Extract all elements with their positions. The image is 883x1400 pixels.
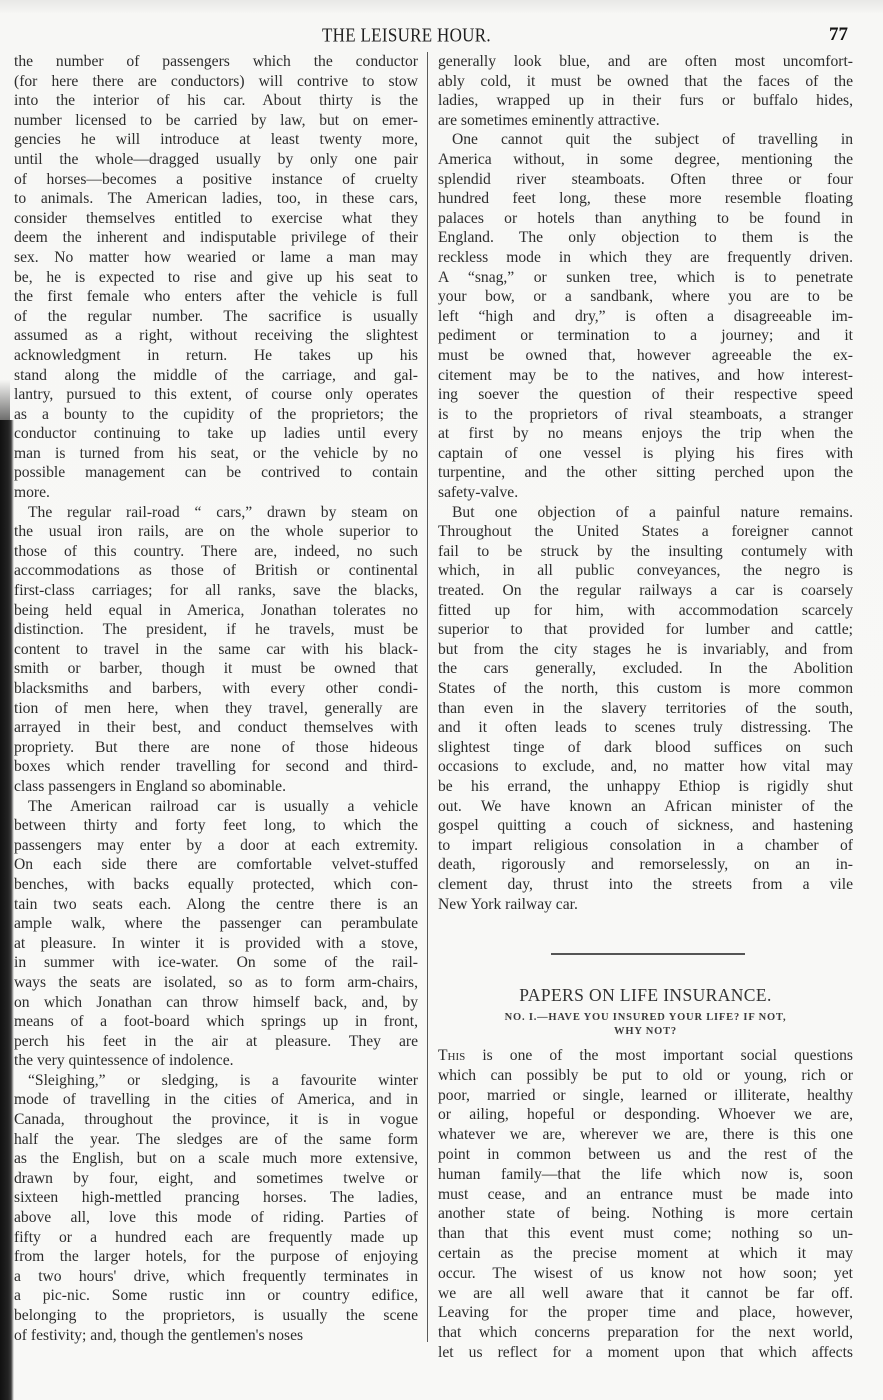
text-line: citement may be to the natives, and how … [438,366,853,386]
text-line: smith or barber, though it must be owned… [14,659,418,679]
text-line: slightest tinge of dark blood suffices o… [438,738,853,758]
text-line: from the larger hotels, for the purpose … [14,1247,418,1267]
article-subtitle-line-1: NO. I.—HAVE YOU INSURED YOUR LIFE? IF NO… [438,1011,853,1025]
text-line: occur. The wisest of us know not how soo… [438,1264,853,1284]
text-line: than that this event must come; nothing … [438,1224,853,1244]
text-line: at first by no means enjoys the trip whe… [438,424,853,444]
text-line: being held equal in America, Jonathan to… [14,601,418,621]
text-line: superior to that provided for lumber and… [438,620,853,640]
text-line: The American railroad car is usually a v… [14,797,418,817]
text-line: reckless mode in which they are frequent… [438,248,853,268]
text-line: On each side there are comfortable velve… [14,855,418,875]
text-line: ladies, wrapped up in their furs or buff… [438,91,853,111]
text-line: that which concerns preparation for the … [438,1323,853,1343]
text-line: and it often leads to scenes truly distr… [438,718,853,738]
text-line: passengers may enter by a door at each e… [14,836,418,856]
text-fragment: is one of the most important social ques… [465,1047,853,1064]
text-line: as the English, but on a scale much more… [14,1149,418,1169]
text-line: deem the inherent and indisputable privi… [14,228,418,248]
text-line: which, in all public conveyances, the ne… [438,561,853,581]
text-line: generally look blue, and are often most … [438,52,853,72]
text-line: in summer with ice-water. On some of the… [14,953,418,973]
text-line: means of a foot-board which springs up i… [14,1012,418,1032]
text-line: first-class carriages; for all ranks, sa… [14,581,418,601]
text-line: belonging to the proprietors, is usually… [14,1306,418,1326]
text-line: palaces or hotels than anything to be fo… [438,209,853,229]
text-line: fail to be struck by the insulting contu… [438,542,853,562]
text-line: a pic-nic. Some rustic inn or country ed… [14,1286,418,1306]
text-line: we are all well aware that it cannot be … [438,1284,853,1304]
text-line: boxes which render travelling for second… [14,757,418,777]
text-line: ably cold, it must be owned that the fac… [438,72,853,92]
text-line: but from the city stages he is invariabl… [438,640,853,660]
article-title: PAPERS ON LIFE INSURANCE. [438,985,853,1006]
text-line: mode of travelling in the cities of Amer… [14,1090,418,1110]
text-line: sixteen high-mettled prancing horses. Th… [14,1188,418,1208]
text-line: until the whole—dragged usually by only … [14,150,418,170]
text-line: splendid river steamboats. Often three o… [438,170,853,190]
text-line: as a bounty to the cupidity of the propr… [14,405,418,425]
article-subtitle: NO. I.—HAVE YOU INSURED YOUR LIFE? IF NO… [438,1011,853,1039]
text-line: human family—that the life which now is,… [438,1165,853,1185]
text-line: is to the proprietors of rival steamboat… [438,405,853,425]
text-line: captain of one vessel is plying his fire… [438,444,853,464]
text-line: Leaving for the proper time and place, h… [438,1303,853,1323]
text-line: number licensed to be carried by law, bu… [14,111,418,131]
column-divider [427,52,428,1342]
text-line: of festivity; and, though the gentlemen'… [14,1326,418,1346]
text-line: acknowledgment in return. He takes up hi… [14,346,418,366]
text-line: be his errand, the unhappy Ethiop is rig… [438,777,853,797]
text-line: must cease, and an entrance must be made… [438,1185,853,1205]
text-line: accommodations as those of British or co… [14,561,418,581]
text-line: (for here there are conductors) will con… [14,72,418,92]
text-line: the cars generally, excluded. In the Abo… [438,659,853,679]
text-line: distinction. The president, if he travel… [14,620,418,640]
text-line: of the regular number. The sacrifice is … [14,307,418,327]
text-line: left “high and dry,” is often a disagree… [438,307,853,327]
text-line: poor, married or single, learned or illi… [438,1086,853,1106]
text-line: point in common between us and the rest … [438,1145,853,1165]
page-number: 77 [829,24,848,46]
text-line: One cannot quit the subject of travellin… [438,130,853,150]
text-line: treated. On the regular railways a car i… [438,581,853,601]
right-column: generally look blue, and are often most … [438,52,853,914]
publication-title: THE LEISURE HOUR. [322,24,491,47]
text-line: arrayed in their best, and conduct thems… [14,718,418,738]
text-line: turpentine, and the other sitting perche… [438,463,853,483]
text-line: gospel quitting a couch of sickness, and… [438,816,853,836]
text-line: Throughout the United States a foreigner… [438,522,853,542]
left-column: the number of passengers which the condu… [14,52,418,1345]
text-line: above all, love this mode of riding. Par… [14,1208,418,1228]
text-line: be, he is expected to rise and give up h… [14,268,418,288]
text-line: content to travel in the same car with h… [14,640,418,660]
text-line: drawn by four, eight, and sometimes twel… [14,1169,418,1189]
text-line: another state of being. Nothing is more … [438,1204,853,1224]
text-line: New York railway car. [438,895,853,915]
text-line: lantry, pursued to this extent, of cours… [14,385,418,405]
text-line: gencies he will introduce at least twent… [14,130,418,150]
text-line: or ailing, hopeful or desponding. Whoeve… [438,1105,853,1125]
text-line: clement day, thrust into the streets fro… [438,875,853,895]
text-line: must be owned that, however agreeable th… [438,346,853,366]
text-line: half the year. The sledges are of the sa… [14,1130,418,1150]
text-line: to animals. The American ladies, too, in… [14,189,418,209]
text-line: Canada, throughout the province, it is i… [14,1110,418,1130]
text-line: a two hours' drive, which frequently ter… [14,1267,418,1287]
text-line: assumed as a right, without receiving th… [14,326,418,346]
section-separator-rule [551,953,745,955]
text-line: into the interior of his car. About thir… [14,91,418,111]
text-line: which can possibly be put to old or youn… [438,1066,853,1086]
text-line: ample walk, where the passenger can pera… [14,914,418,934]
text-line: pediment or termination to a journey; an… [438,326,853,346]
text-line: safety-valve. [438,483,853,503]
text-line: sex. No matter how wearied or lame a man… [14,248,418,268]
text-line: America without, in some degree, mention… [438,150,853,170]
text-line: perch his feet in the air at pleasure. T… [14,1032,418,1052]
text-line: ing soever the question of their respect… [438,385,853,405]
text-line: are sometimes eminently attractive. [438,111,853,131]
text-line: the very quintessence of indolence. [14,1051,418,1071]
text-line: fitted up for him, with accommodation sc… [438,601,853,621]
text-line: man is turned from his seat, or the vehi… [14,444,418,464]
text-line: “Sleighing,” or sledging, is a favourite… [14,1071,418,1091]
text-line: fifty or a hundred each are frequently m… [14,1228,418,1248]
text-line: death, rigorously and remorselessly, on … [438,855,853,875]
text-line: the first female who enters after the ve… [14,287,418,307]
text-line: the number of passengers which the condu… [14,52,418,72]
text-line: class passengers in England so abominabl… [14,777,418,797]
text-line: your bow, or a sandbank, where you are t… [438,287,853,307]
text-line: ways the seats are isolated, so as to fo… [14,973,418,993]
text-line: on which Jonathan can throw himself back… [14,993,418,1013]
text-line: at pleasure. In winter it is provided wi… [14,934,418,954]
text-line: possible management can be contrived to … [14,463,418,483]
text-line: occasions to exclude, and, no matter how… [438,757,853,777]
text-line: between thirty and forty feet long, to w… [14,816,418,836]
text-line: of horses—becomes a positive instance of… [14,170,418,190]
text-line: conductor continuing to take up ladies u… [14,424,418,444]
text-line: more. [14,483,418,503]
text-line: out. We have known an African minister o… [438,797,853,817]
article-subtitle-line-2: WHY NOT? [438,1025,853,1039]
text-line: tion of men here, when they travel, gene… [14,699,418,719]
text-line: to impart religious consolation in a cha… [438,836,853,856]
text-line: certain as the precise moment at which i… [438,1244,853,1264]
text-line: whatever we are, wherever we are, there … [438,1125,853,1145]
text-line: England. The only objection to them is t… [438,228,853,248]
text-line: let us reflect for a moment upon that wh… [438,1343,853,1363]
text-line: The regular rail-road “ cars,” drawn by … [14,503,418,523]
text-line: propriety. But there are none of those h… [14,738,418,758]
text-line: A “snag,” or sunken tree, which is to pe… [438,268,853,288]
scanned-page: THE LEISURE HOUR. 77 the number of passe… [0,0,883,1400]
text-line: tain two seats each. Along the centre th… [14,895,418,915]
opening-word: This [438,1047,465,1064]
text-line: hundred feet long, these more resemble f… [438,189,853,209]
binding-shadow [0,420,14,1400]
article-body: This is one of the most important social… [438,1046,853,1363]
text-line: consider themselves entitled to exercise… [14,209,418,229]
text-line: those of this country. There are, indeed… [14,542,418,562]
text-line: benches, with backs equally protected, w… [14,875,418,895]
text-line: States of the north, this custom is more… [438,679,853,699]
text-line: stand along the middle of the carriage, … [14,366,418,386]
text-line: blacksmiths and barbers, with every othe… [14,679,418,699]
text-line: This is one of the most important social… [438,1046,853,1066]
text-line: than even in the slavery territories of … [438,699,853,719]
text-line: the usual iron rails, are on the whole s… [14,522,418,542]
running-head: THE LEISURE HOUR. 77 [0,24,883,46]
text-line: But one objection of a painful nature re… [438,503,853,523]
